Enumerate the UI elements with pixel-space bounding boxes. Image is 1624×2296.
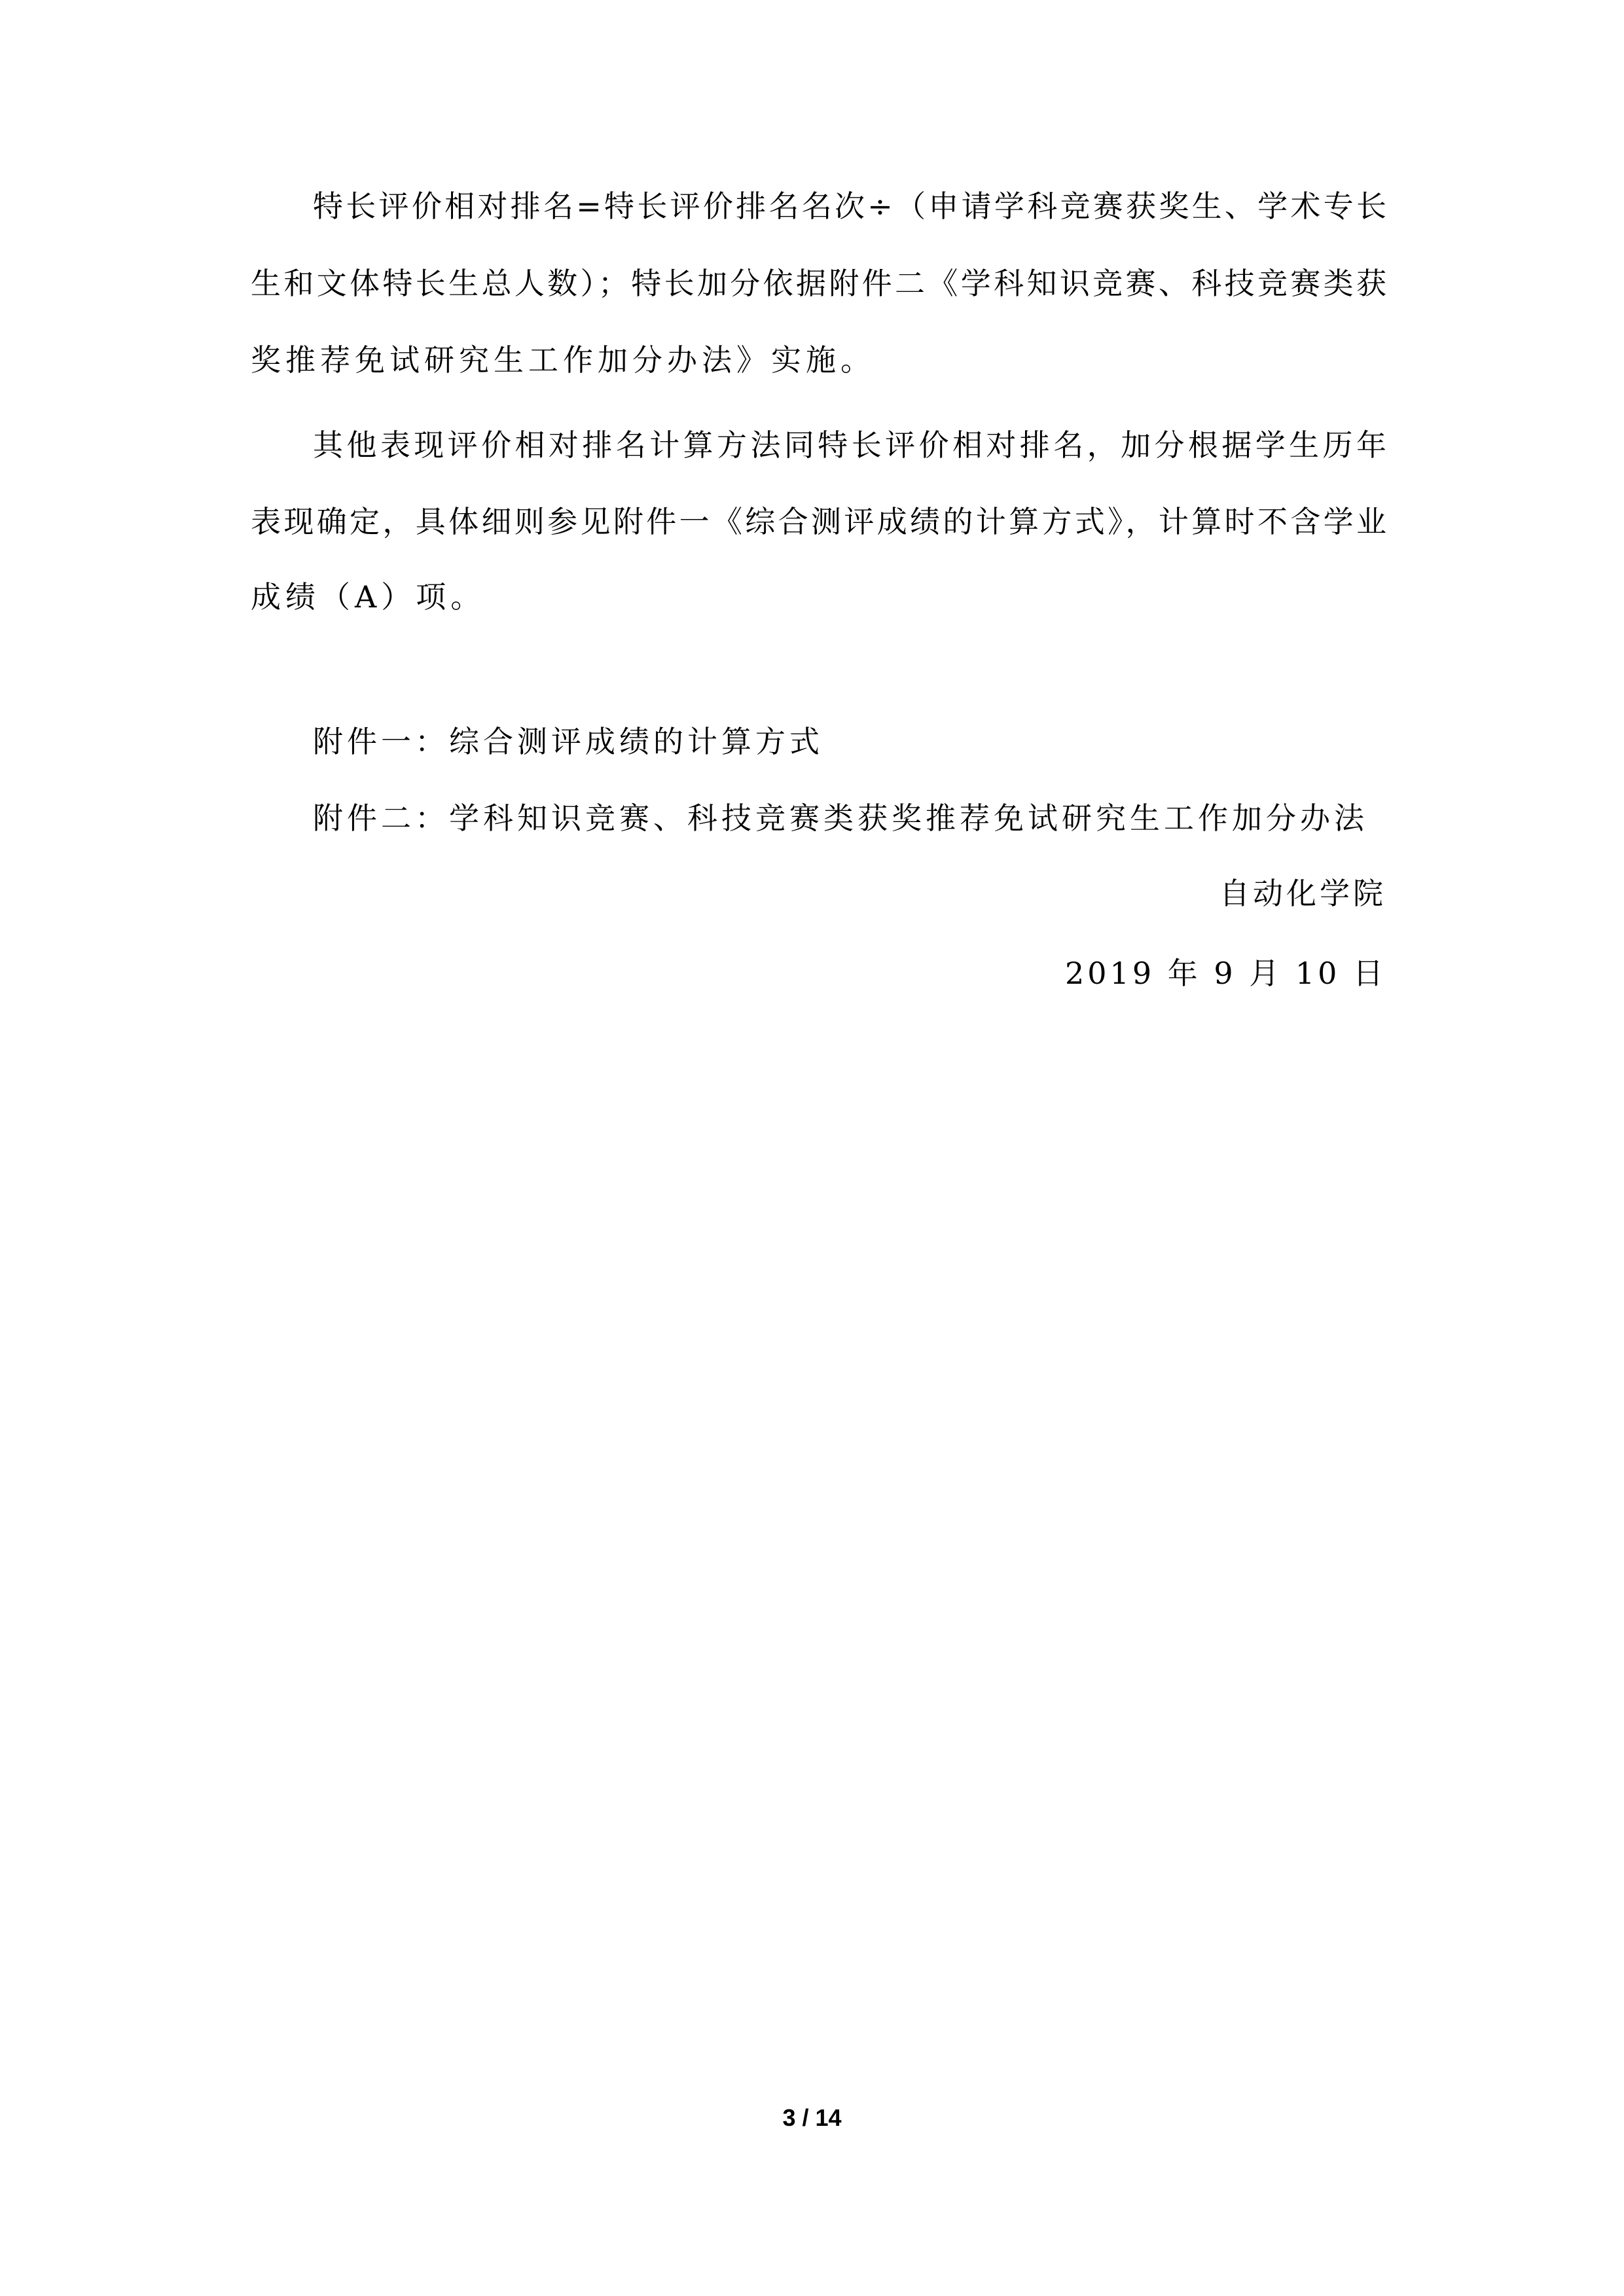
signature-organization: 自动化学院 — [1219, 874, 1386, 913]
paragraph-1-line-3: 奖推荐免试研究生工作加分办法》实施。 — [251, 340, 1386, 380]
attachment-2: 附件二：学科知识竞赛、科技竞赛类获奖推荐免试研究生工作加分办法 — [313, 798, 1368, 838]
page-number: 3 / 14 — [0, 2102, 1624, 2134]
document-page: 特长评价相对排名=特长评价排名名次÷（申请学科竞赛获奖生、学术专长 生和文体特长… — [0, 0, 1624, 2296]
paragraph-2-line-1: 其他表现评价相对排名计算方法同特长评价相对排名，加分根据学生历年 — [313, 425, 1386, 465]
paragraph-2-line-2: 表现确定，具体细则参见附件一《综合测评成绩的计算方式》，计算时不含学业 — [251, 502, 1386, 541]
paragraph-1-line-2: 生和文体特长生总人数）；特长加分依据附件二《学科知识竞赛、科技竞赛类获 — [251, 264, 1386, 303]
paragraph-2-line-3: 成绩（A）项。 — [251, 577, 1386, 617]
paragraph-1-line-1: 特长评价相对排名=特长评价排名名次÷（申请学科竞赛获奖生、学术专长 — [313, 187, 1386, 226]
attachment-1: 附件一：综合测评成绩的计算方式 — [313, 722, 823, 761]
signature-date: 2019 年 9 月 10 日 — [1065, 954, 1386, 993]
